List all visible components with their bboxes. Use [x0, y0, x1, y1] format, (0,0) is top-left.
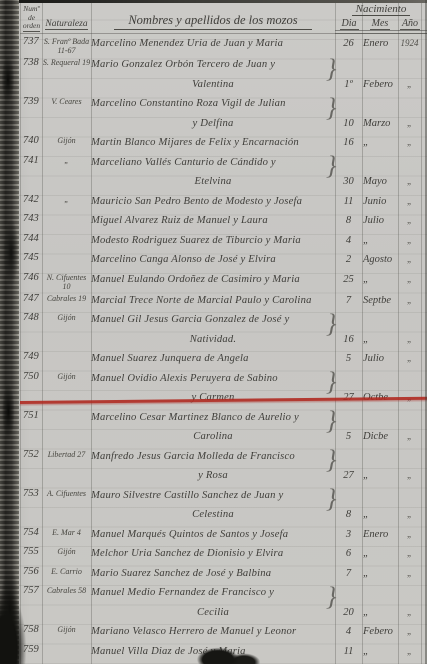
entry-name: Manuel Eulando Ordoñez de Casimiro y Mar…	[91, 270, 335, 290]
entry-year: 1924	[398, 34, 421, 54]
entry-day: 4	[335, 231, 362, 251]
entry-name: Modesto Rodriguez Suarez de Tiburcio y M…	[91, 231, 335, 251]
entry-naturaleza: Libertad 27	[42, 447, 91, 459]
entry-year: „	[398, 642, 421, 662]
column-header-names: Nombres y apellidos de los mozos	[91, 13, 335, 30]
entry-name-line1: Mario Suarez Sanchez de José y Balbina	[91, 564, 335, 584]
entry-number: 746	[20, 270, 42, 283]
entry-month: Enero	[362, 525, 398, 545]
entry-month: „	[362, 466, 398, 486]
entry-name-line1: Modesto Rodriguez Suarez de Tiburcio y M…	[91, 231, 335, 251]
column-header-ano: Año	[398, 18, 422, 30]
column-header-naturaleza: Naturaleza	[43, 19, 90, 30]
entry-row: 753 A. Cifuentes Mauro Silvestre Castill…	[20, 486, 421, 525]
entry-month: „	[362, 603, 398, 623]
entry-number: 755	[20, 544, 42, 557]
entry-row: 737 S. Franº Bada 11-67 Marcelino Menend…	[20, 34, 421, 55]
entry-name-line1: Manuel Medio Fernandez de Francisco y	[91, 583, 335, 603]
entry-naturaleza: E. Mar 4	[42, 525, 91, 537]
entry-row: 751 Marcelino Cesar Martinez Blanco de A…	[20, 408, 421, 447]
entry-day: 10	[335, 114, 362, 134]
column-rule	[421, 0, 422, 664]
entry-number: 756	[20, 564, 42, 577]
entry-day: 8	[335, 505, 362, 525]
entry-naturaleza	[42, 408, 91, 411]
entry-year: „	[398, 466, 421, 486]
entry-name-line1: Mario Gonzalez Orbón Tercero de Juan y	[91, 55, 335, 75]
entry-row: 748 Gijón Manuel Gil Jesus Garcia Gonzal…	[20, 310, 421, 349]
column-header-mes: Mes	[363, 18, 397, 30]
entry-name-line1: Marcelino Menendez Uria de Juan y Maria	[91, 34, 335, 54]
entry-row: 740 Gijón Martin Blanco Mijares de Felix…	[20, 133, 421, 153]
entry-name: Manuel Gil Jesus Garcia Gonzalez de José…	[91, 310, 335, 349]
entry-row: 757 Cabrales 58 Manuel Medio Fernandez d…	[20, 583, 421, 622]
entry-name: Mario Gonzalez Orbón Tercero de Juan y V…	[91, 55, 335, 94]
entry-year: „	[398, 505, 421, 525]
entry-row: 744 Modesto Rodriguez Suarez de Tiburcio…	[20, 231, 421, 251]
entry-naturaleza	[42, 231, 91, 234]
entry-name-line1: Manuel Suarez Junquera de Angela	[91, 349, 335, 369]
entry-name-line2: y Rosa	[91, 466, 335, 486]
entry-row: 752 Libertad 27 Manfredo Jesus Garcia Mo…	[20, 447, 421, 486]
entry-name-line1: Mauricio San Pedro Bento de Modesto y Jo…	[91, 192, 335, 212]
entry-day: 5	[335, 427, 362, 447]
entry-naturaleza	[42, 250, 91, 253]
entry-day: 8	[335, 211, 362, 231]
entry-naturaleza: Gijón	[42, 133, 91, 145]
entry-month: „	[362, 642, 398, 662]
entry-month: Julio	[362, 349, 398, 369]
entry-name-line1: Manuel Marqués Quintos de Santos y Josef…	[91, 525, 335, 545]
entry-name: Marcial Trece Norte de Marcial Paulo y C…	[91, 291, 335, 311]
entry-month: „	[362, 133, 398, 153]
entry-day: 27	[335, 466, 362, 486]
entry-number: 744	[20, 231, 42, 244]
entry-name-line1: Marceliano Vallés Canturio de Cándido y	[91, 153, 335, 173]
entry-month: Septbe	[362, 291, 398, 311]
entry-row: 755 Gijón Melchor Uria Sanchez de Dionis…	[20, 544, 421, 564]
entry-month: „	[362, 330, 398, 350]
ink-blot-bottom-center	[192, 644, 266, 664]
entry-name-line1: Marcial Trece Norte de Marcial Paulo y C…	[91, 291, 335, 311]
entry-year: „	[398, 427, 421, 447]
entry-number: 749	[20, 349, 42, 362]
entry-row: 742 „ Mauricio San Pedro Bento de Modest…	[20, 192, 421, 212]
entry-number: 742	[20, 192, 42, 205]
scanned-register-page: Numº de orden Naturaleza Nombres y apell…	[0, 0, 427, 664]
entry-year: „	[398, 330, 421, 350]
entry-name-line1: Mariano Velasco Herrero de Manuel y Leon…	[91, 622, 335, 642]
entry-year: „	[398, 133, 421, 153]
entry-name: Mariano Velasco Herrero de Manuel y Leon…	[91, 622, 335, 642]
header-num-line3: orden	[23, 22, 40, 32]
entry-number: 741	[20, 153, 42, 166]
entry-name-line1: Manuel Gil Jesus Garcia Gonzalez de José…	[91, 310, 335, 330]
entry-year: „	[398, 564, 421, 584]
entry-name-line1: Marcelino Constantino Roza Vigil de Juli…	[91, 94, 335, 114]
entry-naturaleza: E. Carrio	[42, 564, 91, 576]
entry-naturaleza: S. Franº Bada 11-67	[42, 34, 91, 55]
entry-name: Mauricio San Pedro Bento de Modesto y Jo…	[91, 192, 335, 212]
entry-name: Marcelino Cesar Martinez Blanco de Aurel…	[91, 408, 335, 447]
entry-number: 748	[20, 310, 42, 323]
entry-naturaleza: A. Cifuentes	[42, 486, 91, 498]
entry-day: 11	[335, 192, 362, 212]
entry-row: 741 „ Marceliano Vallés Canturio de Cánd…	[20, 153, 421, 192]
entry-month: Junio	[362, 192, 398, 212]
entry-naturaleza: Cabrales 58	[42, 583, 91, 595]
entry-day: 20	[335, 603, 362, 623]
entry-name-line2: y Delfina	[91, 114, 335, 134]
entry-number: 737	[20, 34, 42, 47]
entry-number: 750	[20, 369, 42, 382]
entry-day: 7	[335, 291, 362, 311]
column-header-nacimiento: Nacimiento	[337, 3, 425, 16]
entry-month: „	[362, 564, 398, 584]
entry-month: Febero	[362, 75, 398, 95]
entry-naturaleza: Gijón	[42, 544, 91, 556]
entry-row: 738 S. Requeral 19 Mario Gonzalez Orbón …	[20, 55, 421, 94]
entry-day: 16	[335, 330, 362, 350]
entry-naturaleza: „	[42, 192, 91, 204]
entry-year: „	[398, 192, 421, 212]
entry-naturaleza: Cabrales 19	[42, 291, 91, 303]
entry-month: Febero	[362, 622, 398, 642]
header-rule-double-top	[335, 30, 427, 31]
column-header-dia: Dia	[336, 18, 362, 30]
entry-name-line2: Celestina	[91, 505, 335, 525]
entry-naturaleza	[42, 349, 91, 352]
entry-number: 743	[20, 211, 42, 224]
entry-name: Marcelino Constantino Roza Vigil de Juli…	[91, 94, 335, 133]
entry-naturaleza: Gijón	[42, 310, 91, 322]
entry-row: 754 E. Mar 4 Manuel Marqués Quintos de S…	[20, 525, 421, 545]
entry-year: „	[398, 172, 421, 192]
entry-year: „	[398, 211, 421, 231]
column-header-num: Numº de orden	[21, 5, 42, 32]
entry-name: Manfredo Jesus Garcia Molleda de Francis…	[91, 447, 335, 486]
entry-year: „	[398, 544, 421, 564]
entry-name-line1: Miguel Alvarez Ruiz de Manuel y Laura	[91, 211, 335, 231]
entry-name-line1: Marcelino Cesar Martinez Blanco de Aurel…	[91, 408, 335, 428]
entry-name-line1: Melchor Uria Sanchez de Dionisio y Elvir…	[91, 544, 335, 564]
entry-year: „	[398, 270, 421, 290]
entry-name-line1: Marcelino Canga Alonso de José y Elvira	[91, 250, 335, 270]
entry-month: „	[362, 270, 398, 290]
entry-name: Manuel Medio Fernandez de Francisco y Ce…	[91, 583, 335, 622]
entry-number: 751	[20, 408, 42, 421]
entry-number: 747	[20, 291, 42, 304]
entry-day: 2	[335, 250, 362, 270]
entry-year: „	[398, 525, 421, 545]
entry-name: Mario Suarez Sanchez de José y Balbina	[91, 564, 335, 584]
entry-day: 6	[335, 544, 362, 564]
entry-number: 754	[20, 525, 42, 538]
entry-row: 749 Manuel Suarez Junquera de Angela 5 J…	[20, 349, 421, 369]
entry-year: „	[398, 291, 421, 311]
entry-name-line1: Manuel Ovidio Alexis Peruyera de Sabino	[91, 369, 335, 389]
entry-month: „	[362, 544, 398, 564]
entry-row: 739 V. Ceares Marcelino Constantino Roza…	[20, 94, 421, 133]
entry-day: 11	[335, 642, 362, 662]
entry-naturaleza: Gijón	[42, 369, 91, 381]
entry-month: Agosto	[362, 250, 398, 270]
entry-year: „	[398, 250, 421, 270]
entry-day: 30	[335, 172, 362, 192]
entry-month: Mayo	[362, 172, 398, 192]
entry-number: 739	[20, 94, 42, 107]
entry-row: 746 N. Cifuentes 10 Manuel Eulando Ordoñ…	[20, 270, 421, 291]
entry-row: 758 Gijón Mariano Velasco Herrero de Man…	[20, 622, 421, 642]
entry-naturaleza: N. Cifuentes 10	[42, 270, 91, 291]
ink-blot-bottom-left	[0, 590, 26, 664]
entry-year: „	[398, 231, 421, 251]
entry-name-line1: Martin Blanco Mijares de Felix y Encarna…	[91, 133, 335, 153]
book-binding-edge	[0, 0, 19, 664]
entry-name: Miguel Alvarez Ruiz de Manuel y Laura	[91, 211, 335, 231]
entry-name: Manuel Marqués Quintos de Santos y Josef…	[91, 525, 335, 545]
entry-month: Enero	[362, 34, 398, 54]
entry-naturaleza: V. Ceares	[42, 94, 91, 106]
entry-name: Marcelino Menendez Uria de Juan y Maria	[91, 34, 335, 54]
entry-row: 743 Miguel Alvarez Ruiz de Manuel y Laur…	[20, 211, 421, 231]
entry-row: 756 E. Carrio Mario Suarez Sanchez de Jo…	[20, 564, 421, 584]
entry-row: 747 Cabrales 19 Marcial Trece Norte de M…	[20, 291, 421, 311]
entry-day: 5	[335, 349, 362, 369]
entry-name: Marcelino Canga Alonso de José y Elvira	[91, 250, 335, 270]
entry-name-line2: Natividad.	[91, 330, 335, 350]
entry-number: 738	[20, 55, 42, 68]
entry-row: 745 Marcelino Canga Alonso de José y Elv…	[20, 250, 421, 270]
scan-top-edge	[0, 0, 427, 3]
entry-naturaleza: Gijón	[42, 622, 91, 634]
entry-name: Mauro Silvestre Castillo Sanchez de Juan…	[91, 486, 335, 525]
entry-day: 26	[335, 34, 362, 54]
entry-name-line2: Carolina	[91, 427, 335, 447]
entry-number: 745	[20, 250, 42, 263]
entry-name: Marceliano Vallés Canturio de Cándido y …	[91, 153, 335, 192]
entry-day: 1º	[335, 75, 362, 95]
entry-month: Julio	[362, 211, 398, 231]
entry-name-line2: Valentina	[91, 75, 335, 95]
entry-month: „	[362, 231, 398, 251]
entry-day: 25	[335, 270, 362, 290]
entry-year: „	[398, 75, 421, 95]
entry-naturaleza	[42, 642, 91, 645]
entry-month: Marzo	[362, 114, 398, 134]
entry-day: 16	[335, 133, 362, 153]
entry-name-line2: Cecilia	[91, 603, 335, 623]
entry-year: „	[398, 603, 421, 623]
entry-name-line1: Manfredo Jesus Garcia Molleda de Francis…	[91, 447, 335, 467]
entry-day: 3	[335, 525, 362, 545]
entry-naturaleza	[42, 211, 91, 214]
entry-naturaleza: „	[42, 153, 91, 165]
entry-naturaleza: S. Requeral 19	[42, 55, 91, 67]
entry-month: „	[362, 505, 398, 525]
entry-name: Manuel Suarez Junquera de Angela	[91, 349, 335, 369]
entry-number: 753	[20, 486, 42, 499]
entry-year: „	[398, 114, 421, 134]
entry-month: Dicbe	[362, 427, 398, 447]
entry-name: Martin Blanco Mijares de Felix y Encarna…	[91, 133, 335, 153]
entry-day: 4	[335, 622, 362, 642]
entry-year: „	[398, 349, 421, 369]
entry-number: 740	[20, 133, 42, 146]
entry-name-line1: Mauro Silvestre Castillo Sanchez de Juan…	[91, 486, 335, 506]
entry-year: „	[398, 622, 421, 642]
entry-name: Melchor Uria Sanchez de Dionisio y Elvir…	[91, 544, 335, 564]
entry-number: 752	[20, 447, 42, 460]
entry-name-line2: Etelvina	[91, 172, 335, 192]
entry-name-line1: Manuel Eulando Ordoñez de Casimiro y Mar…	[91, 270, 335, 290]
entries: 737 S. Franº Bada 11-67 Marcelino Menend…	[20, 34, 421, 661]
entry-day: 7	[335, 564, 362, 584]
